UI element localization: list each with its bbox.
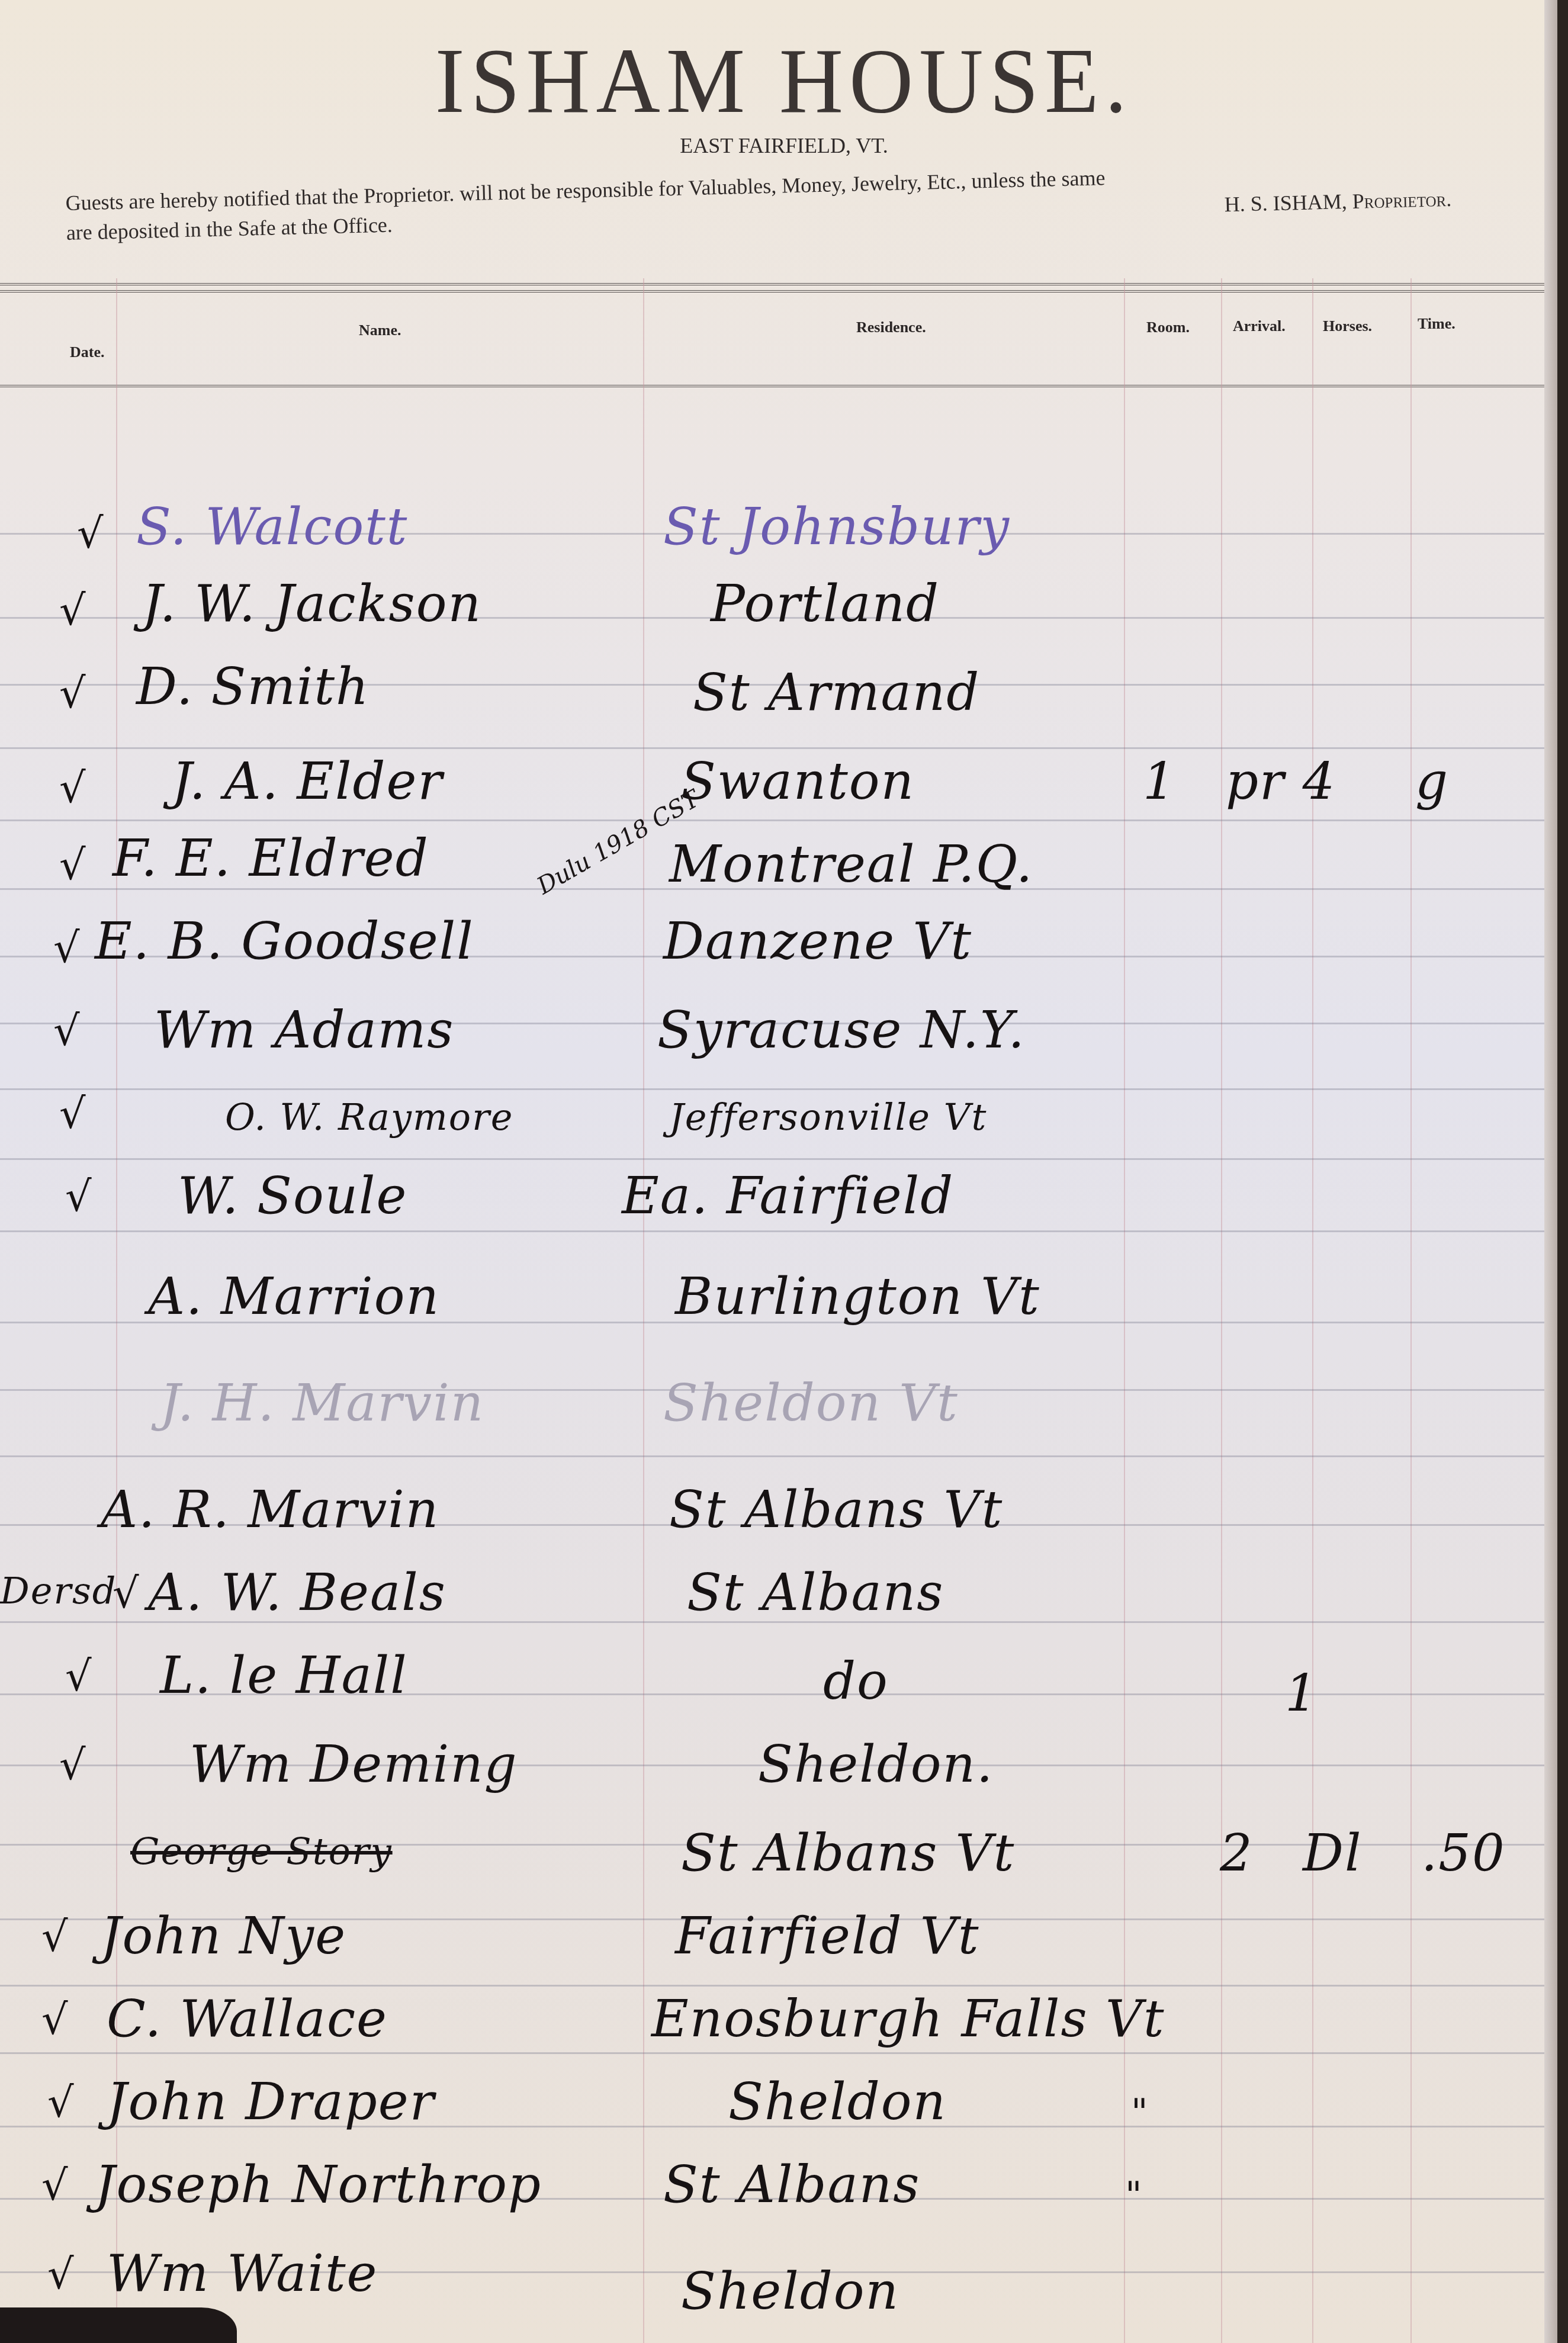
- column-header-room: Room.: [1146, 319, 1190, 336]
- guest-name: D. Smith: [136, 657, 369, 716]
- column-header-name: Name.: [359, 322, 401, 339]
- guest-residence: Montreal P.Q.: [669, 835, 1033, 894]
- register-entry: √ C. Wallace Enosburgh Falls Vt: [0, 1984, 1557, 2072]
- column-header-horses: Horses.: [1323, 317, 1372, 335]
- ditto-mark: ": [1125, 2173, 1143, 2216]
- proprietor-signature: H. S. ISHAM, Proprietor.: [1224, 183, 1505, 220]
- guest-name: A. W. Beals: [148, 1563, 446, 1622]
- margin-note: Dersd: [0, 1569, 117, 1612]
- guest-notice: Guests are hereby notified that the Prop…: [65, 153, 1505, 248]
- checkmark: √: [41, 1913, 69, 1961]
- register-entry: J. H. Marvin Sheldon Vt: [0, 1374, 1557, 1463]
- register-entry: √ E. B. Goodsell Danzene Vt: [0, 906, 1557, 995]
- column-header-residence: Residence.: [856, 319, 926, 336]
- register-entry: √ D. Smith St Armand: [0, 651, 1557, 740]
- guest-name: J. W. Jackson: [142, 574, 482, 634]
- register-entry: √ F. E. Eldred Dulu 1918 CST Montreal P.…: [0, 823, 1557, 912]
- column-header-arrival: Arrival.: [1233, 317, 1286, 335]
- register-entry: √ S. Walcott St Johnsbury: [0, 486, 1557, 574]
- register-entry: √ Wm Waite Sheldon: [0, 2238, 1557, 2327]
- guest-residence: Sheldon.: [758, 1735, 994, 1794]
- guest-name: J. H. Marvin: [160, 1374, 484, 1433]
- time-value: .50: [1421, 1824, 1506, 1883]
- register-entry: √ Wm Deming Sheldon.: [0, 1735, 1557, 1824]
- guest-name: C. Wallace: [107, 1990, 388, 2049]
- guest-residence: St Armand: [693, 663, 980, 722]
- hotel-location: EAST FAIRFIELD, VT.: [0, 133, 1557, 158]
- guest-residence: Sheldon Vt: [663, 1374, 959, 1433]
- guest-residence: St Albans Vt: [681, 1824, 1015, 1883]
- ditto-mark: ": [1131, 2090, 1149, 2133]
- register-entry: √ W. Soule Ea. Fairfield: [0, 1166, 1557, 1255]
- checkmark: √: [59, 764, 87, 812]
- guest-name: John Draper: [107, 2072, 435, 2132]
- register-entry: √ John Draper Sheldon ": [0, 2066, 1557, 2155]
- guest-name: O. W. Raymore: [225, 1095, 513, 1139]
- arrival-value: pr 4: [1226, 752, 1336, 811]
- guest-residence: Syracuse N.Y.: [657, 1001, 1026, 1060]
- register-entry: √ O. W. Raymore Jeffersonville Vt: [0, 1084, 1557, 1172]
- guest-name: L. le Hall: [160, 1646, 408, 1705]
- checkmark: √: [77, 509, 105, 558]
- register-entry: Dersd √ A. W. Beals St Albans: [0, 1563, 1557, 1652]
- guest-name: F. E. Eldred: [113, 829, 429, 888]
- checkmark: √: [47, 2250, 75, 2299]
- header-bottom-rule: [0, 385, 1557, 387]
- register-entry: √ J. W. Jackson Portland: [0, 568, 1557, 657]
- checkmark: √: [41, 2161, 69, 2210]
- guest-residence: Sheldon: [681, 2262, 899, 2321]
- arrival-value: 1: [1285, 1664, 1319, 1723]
- register-entry: A. R. Marvin St Albans Vt: [0, 1480, 1557, 1569]
- register-entry: √ Wm Adams Syracuse N.Y.: [0, 1001, 1557, 1089]
- checkmark: √: [65, 1172, 93, 1221]
- checkmark: √: [59, 841, 87, 889]
- register-page: ISHAM HOUSE. EAST FAIRFIELD, VT. Guests …: [0, 0, 1557, 2343]
- checkmark: √: [59, 1089, 87, 1138]
- register-entry: George Story St Albans Vt 2 Dl .50: [0, 1818, 1557, 1907]
- guest-residence: do: [823, 1652, 889, 1711]
- guest-residence: Portland: [711, 574, 940, 634]
- guest-residence: Enosburgh Falls Vt: [651, 1990, 1165, 2049]
- guest-residence: Fairfield Vt: [675, 1907, 980, 1966]
- guest-residence: Jeffersonville Vt: [669, 1095, 987, 1139]
- checkmark: √: [53, 924, 81, 972]
- column-header-date: Date.: [70, 343, 104, 361]
- guest-residence: St Albans Vt: [669, 1480, 1003, 1539]
- register-entry: A. Marrion Burlington Vt: [0, 1267, 1557, 1356]
- guest-residence: Swanton: [681, 752, 915, 811]
- checkmark: √: [53, 1007, 81, 1055]
- guest-residence: St Johnsbury: [663, 497, 1010, 557]
- guest-name: E. B. Goodsell: [95, 912, 474, 971]
- horses-value: g: [1415, 752, 1449, 811]
- guest-name: George Story: [130, 1830, 393, 1873]
- register-entry: √ L. le Hall do 1: [0, 1646, 1557, 1735]
- column-header-time: Time.: [1418, 315, 1455, 333]
- header-top-rule: [0, 283, 1557, 285]
- room-value: 1: [1143, 752, 1177, 811]
- guest-name: Joseph Northrop: [95, 2155, 542, 2215]
- checkmark: √: [41, 1995, 69, 2044]
- page-edge-shadow: [0, 2307, 237, 2343]
- checkmark: √: [59, 1741, 87, 1789]
- register-entry: √ John Nye Fairfield Vt: [0, 1901, 1557, 1990]
- guest-name: S. Walcott: [136, 497, 408, 557]
- header-top-rule-2: [0, 290, 1557, 293]
- arrival-value: Dl: [1303, 1824, 1362, 1883]
- guest-name: A. R. Marvin: [101, 1480, 439, 1539]
- register-entry: √ Joseph Northrop St Albans ": [0, 2149, 1557, 2238]
- guest-residence: Ea. Fairfield: [622, 1166, 954, 1226]
- checkmark: √: [113, 1569, 140, 1618]
- guest-name: Wm Waite: [107, 2244, 378, 2303]
- guest-name: Wm Adams: [154, 1001, 454, 1060]
- guest-residence: Danzene Vt: [663, 912, 972, 971]
- guest-residence: Sheldon: [728, 2072, 947, 2132]
- guest-name: A. Marrion: [148, 1267, 440, 1326]
- guest-name: W. Soule: [178, 1166, 408, 1226]
- register-entry: √ J. A. Elder Swanton 1 pr 4 g: [0, 740, 1557, 829]
- checkmark: √: [65, 1652, 93, 1701]
- guest-name: Wm Deming: [189, 1735, 518, 1794]
- guest-name: J. A. Elder: [172, 752, 444, 811]
- checkmark: √: [47, 2078, 75, 2127]
- guest-name: John Nye: [101, 1907, 346, 1966]
- checkmark: √: [59, 669, 87, 718]
- room-value: 2: [1220, 1824, 1254, 1883]
- checkmark: √: [59, 586, 87, 635]
- guest-residence: Burlington Vt: [675, 1267, 1040, 1326]
- guest-residence: St Albans: [663, 2155, 920, 2215]
- hotel-title: ISHAM HOUSE.: [0, 27, 1557, 134]
- guest-residence: St Albans: [687, 1563, 944, 1622]
